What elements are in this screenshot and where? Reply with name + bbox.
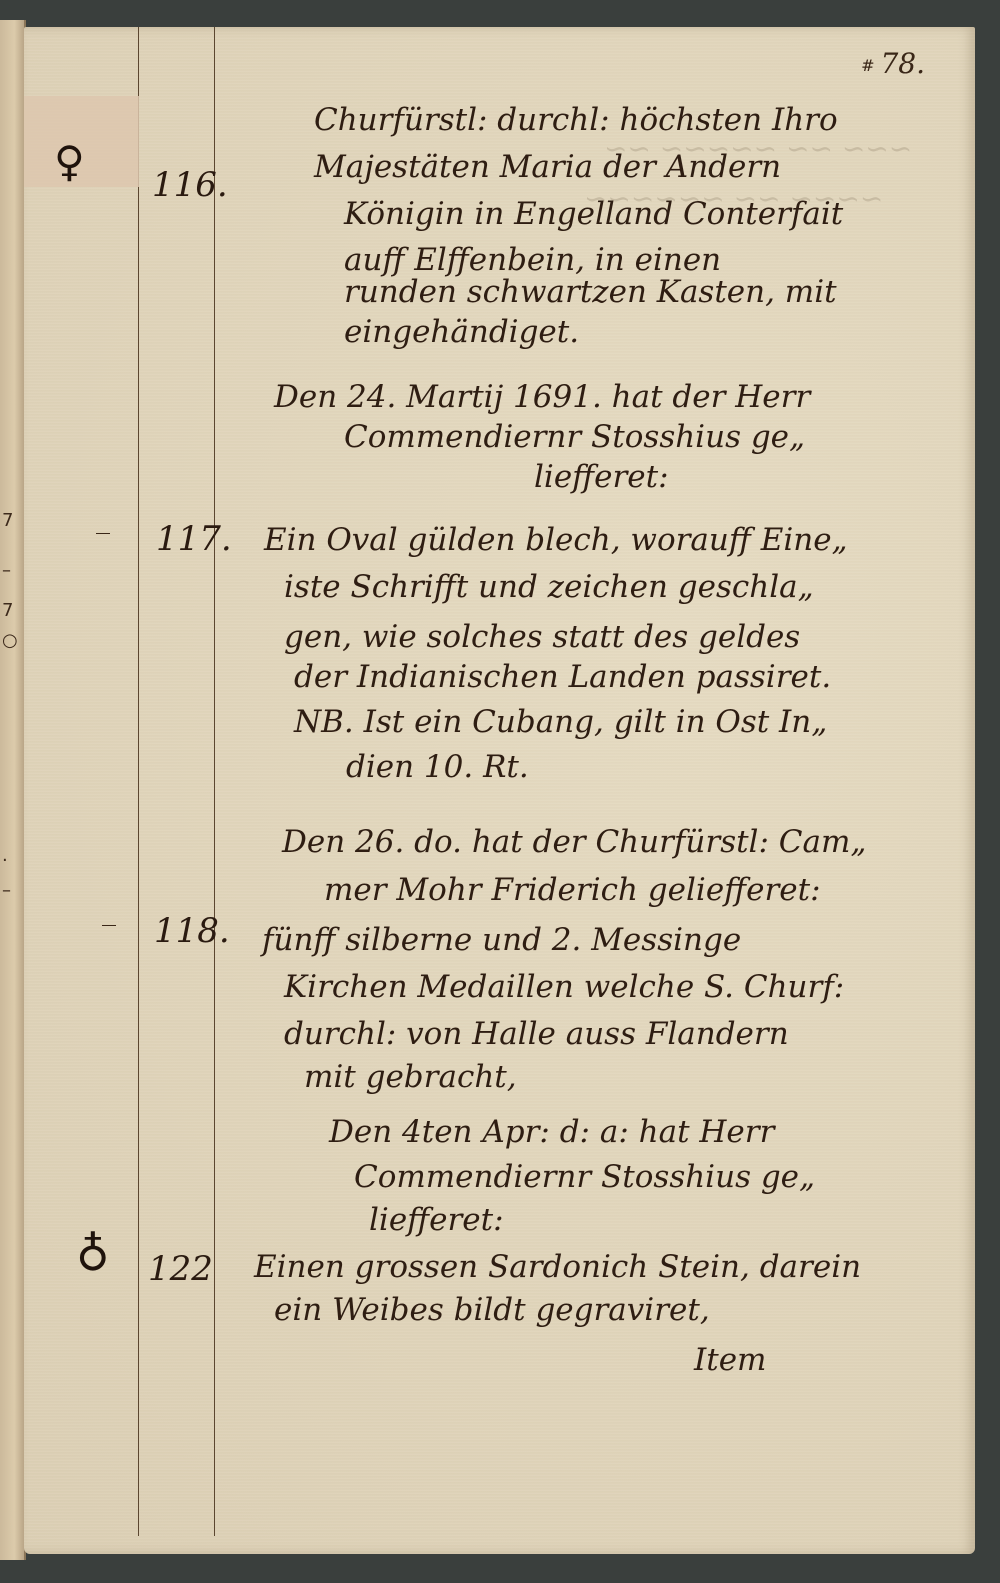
entry-122-line-3: Item bbox=[694, 1345, 766, 1376]
note-3-line-3: liefferet: bbox=[369, 1205, 504, 1236]
entry-116-line-6: eingehändiget. bbox=[344, 317, 579, 348]
note-1-line-2: Commendiernr Stosshius ge„ bbox=[344, 422, 805, 453]
entry-117-line-1: Ein Oval gülden blech, worauff Eine„ bbox=[264, 525, 848, 556]
entry-118-line-1: fünff silberne und 2. Messinge bbox=[262, 925, 741, 956]
bleed-mark: 7 bbox=[2, 510, 13, 531]
entry-number-122: 122 bbox=[148, 1249, 213, 1289]
entry-118-line-2: Kirchen Medaillen welche S. Churf: bbox=[284, 972, 844, 1003]
binding-strip: 7 – 7 ○ · – bbox=[0, 20, 26, 1560]
entry-117-line-5: NB. Ist ein Cubang, gilt in Ost In„ bbox=[294, 707, 827, 738]
note-1-line-1: Den 24. Martij 1691. hat der Herr bbox=[274, 382, 810, 413]
copper-symbol-icon: ♀ bbox=[54, 137, 85, 186]
note-3-line-1: Den 4ten Apr: d: a: hat Herr bbox=[329, 1117, 774, 1148]
entry-117-line-2: iste Schrifft und zeichen geschla„ bbox=[284, 572, 814, 603]
antimony-symbol-icon: ♁ bbox=[76, 1227, 110, 1281]
note-2-line-2: mer Mohr Friderich geliefferet: bbox=[324, 875, 821, 906]
column-rule-left bbox=[138, 27, 139, 1536]
folio-value: 78. bbox=[880, 47, 925, 80]
margin-dash bbox=[96, 533, 110, 534]
entry-117-line-6: dien 10. Rt. bbox=[346, 752, 529, 783]
note-1-line-3: liefferet: bbox=[534, 462, 669, 493]
bleed-mark: · bbox=[2, 850, 8, 871]
bleed-mark: ○ bbox=[2, 630, 18, 651]
entry-117-line-4: der Indianischen Landen passiret. bbox=[294, 662, 831, 693]
entry-118-line-4: mit gebracht, bbox=[304, 1062, 517, 1093]
bleed-mark: 7 bbox=[2, 600, 13, 621]
entry-122-line-1: Einen grossen Sardonich Stein, darein bbox=[254, 1252, 861, 1283]
column-rule-right bbox=[214, 27, 215, 1536]
margin-dash bbox=[102, 925, 116, 926]
manuscript-page: ~~~ ~~ ~~~~~ ~~ ~~~~ ~~ ~~~~~~ #78. ♀ 11… bbox=[24, 27, 975, 1554]
entry-116-line-2: Majestäten Maria der Andern bbox=[314, 152, 781, 183]
entry-118-line-3: durchl: von Halle auss Flandern bbox=[284, 1019, 789, 1050]
entry-116-line-5: runden schwartzen Kasten, mit bbox=[344, 277, 837, 308]
entry-number-116: 116. bbox=[152, 165, 228, 205]
entry-116-line-1: Churfürstl: durchl: höchsten Ihro bbox=[314, 105, 838, 136]
entry-number-117: 117. bbox=[156, 519, 232, 559]
bleed-mark: – bbox=[2, 880, 11, 901]
note-3-line-2: Commendiernr Stosshius ge„ bbox=[354, 1162, 815, 1193]
entry-116-line-3: Königin in Engelland Conterfait bbox=[344, 199, 843, 230]
bleed-mark: – bbox=[2, 560, 11, 581]
entry-116-line-4: auff Elffenbein, in einen bbox=[344, 245, 721, 276]
note-2-line-1: Den 26. do. hat der Churfürstl: Cam„ bbox=[282, 827, 866, 858]
folio-mark: # bbox=[861, 56, 874, 75]
entry-122-line-2: ein Weibes bildt gegraviret, bbox=[274, 1295, 710, 1326]
entry-117-line-3: gen, wie solches statt des geldes bbox=[284, 622, 800, 653]
folio-number: #78. bbox=[861, 47, 925, 80]
entry-number-118: 118. bbox=[154, 911, 230, 951]
